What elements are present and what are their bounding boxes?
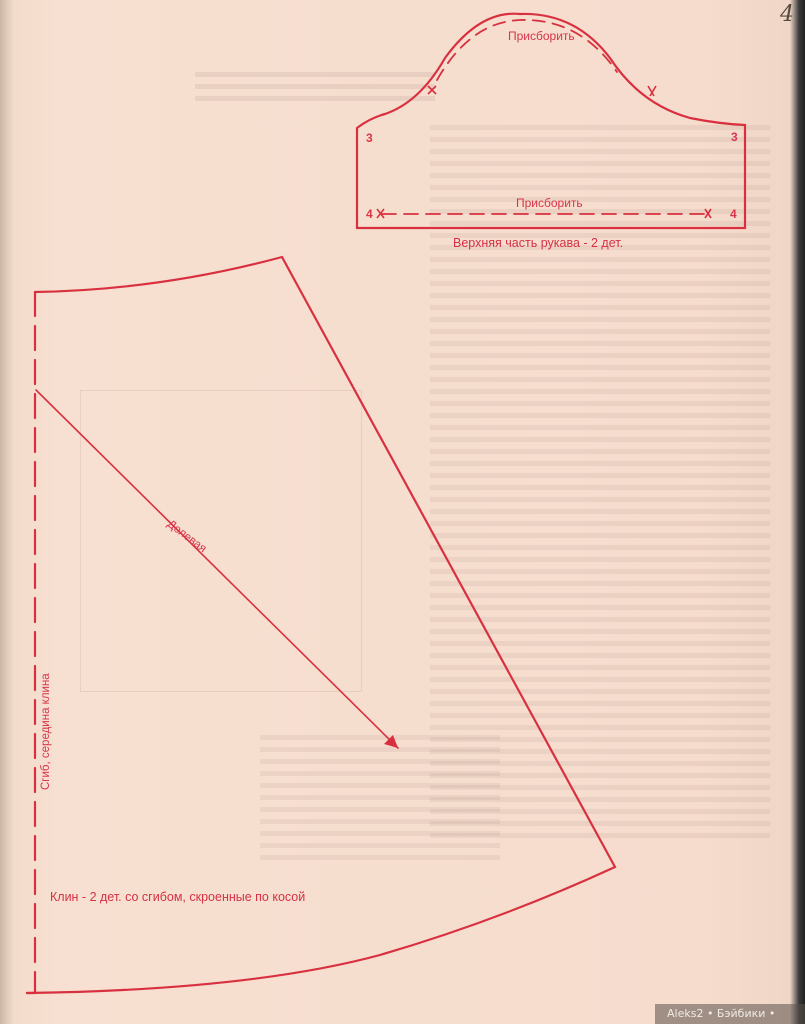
sleeve-gather-top-label: Присборить [508, 29, 575, 43]
wedge-piece-title: Клин - 2 дет. со сгибом, скроенные по ко… [50, 890, 305, 904]
pattern-drawing [0, 0, 805, 1024]
wedge-outline [27, 257, 615, 993]
fold-label: Сгиб, середина клина [40, 673, 52, 790]
notch-label-3-right: 3 [731, 130, 738, 144]
grain-line [36, 390, 398, 748]
sleeve-piece-title: Верхняя часть рукава - 2 дет. [453, 236, 623, 250]
notch-label-3-left: 3 [366, 131, 373, 145]
notch-label-4-right: 4 [730, 207, 737, 221]
notch-label-4-left: 4 [366, 207, 373, 221]
sleeve-gather-bottom-label: Присборить [516, 196, 583, 210]
magazine-page: 4 Присборить [0, 0, 805, 1024]
watermark: Aleks2 • Бэйбики • babiki.ru [655, 1004, 805, 1024]
